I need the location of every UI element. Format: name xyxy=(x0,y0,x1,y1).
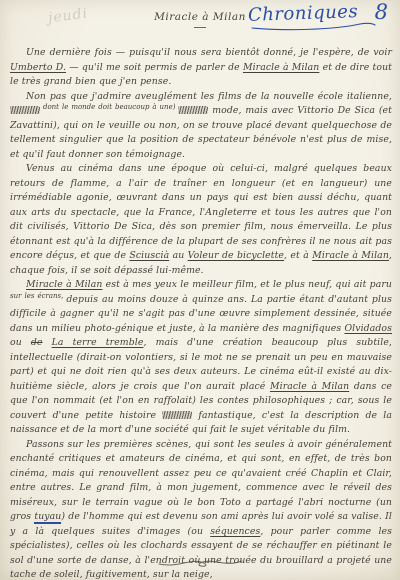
text-run-u: séquences xyxy=(210,526,260,537)
text-run-u: La terre tremble xyxy=(52,337,144,348)
page-title: Miracle à Milan xyxy=(154,11,246,23)
text-run-scribble: xxxx xyxy=(10,106,40,114)
manuscript-body: Une dernière fois — puisqu'il nous sera … xyxy=(10,46,392,580)
text-run-scribble: xxxx xyxy=(162,411,192,419)
series-title: Chroniques xyxy=(248,3,359,25)
text-run-ins: sur les écrans, xyxy=(10,292,66,300)
text-run: au xyxy=(169,250,187,261)
title-underline xyxy=(194,27,206,28)
page-number: 8 xyxy=(375,2,388,23)
text-run-ins: le monde doit beaucoup à une) xyxy=(62,103,178,111)
paragraph: Une dernière fois — puisqu'il nous sera … xyxy=(10,46,392,90)
text-run-u: Voleur de bicyclette xyxy=(188,250,284,261)
end-flourish-mark xyxy=(0,554,400,573)
manuscript-page: jeudi Miracle à Milan Chroniques 8 Une d… xyxy=(0,0,400,580)
text-run-u: Olvidados xyxy=(344,323,392,334)
series-block: Chroniques 8 xyxy=(248,2,388,31)
text-run-u: Sciuscià xyxy=(129,250,169,261)
paragraph: Venus au cinéma dans une époque où celui… xyxy=(10,162,392,278)
paragraph: Miracle à Milan est à mes yeux le meille… xyxy=(10,278,392,438)
text-run: , et à xyxy=(284,250,312,261)
text-run-u: Miracle à Milan xyxy=(270,381,349,392)
text-run: Non pas que j'admire aveuglément les fil… xyxy=(26,91,392,102)
text-run: depuis au moins douze à quinze ans. La p… xyxy=(10,294,392,334)
text-run: — qu'il me soit permis de parler de xyxy=(66,62,243,73)
text-run-bu: tuyau xyxy=(34,511,61,524)
text-run: ou xyxy=(10,337,31,348)
text-run: Venus au cinéma dans une époque où celui… xyxy=(10,163,392,261)
text-run: est à mes yeux le meilleur film, et le p… xyxy=(102,279,392,290)
text-run: Une dernière fois — puisqu'il nous sera … xyxy=(26,47,392,58)
paragraph: Non pas que j'admire aveuglément les fil… xyxy=(10,90,392,163)
text-run: Passons sur les premières scènes, qui so… xyxy=(10,439,392,523)
text-run-ins: dont xyxy=(40,103,62,111)
text-run-u: Umberto D. xyxy=(10,62,66,73)
text-run-u: Miracle à Milan xyxy=(243,62,319,73)
text-run-u: Miracle à Milan xyxy=(26,279,102,290)
text-run xyxy=(43,337,52,348)
text-run-scribble: xxxx xyxy=(178,106,208,114)
text-run-x: de xyxy=(31,337,43,348)
text-run-u: Miracle à Milan xyxy=(312,250,389,261)
